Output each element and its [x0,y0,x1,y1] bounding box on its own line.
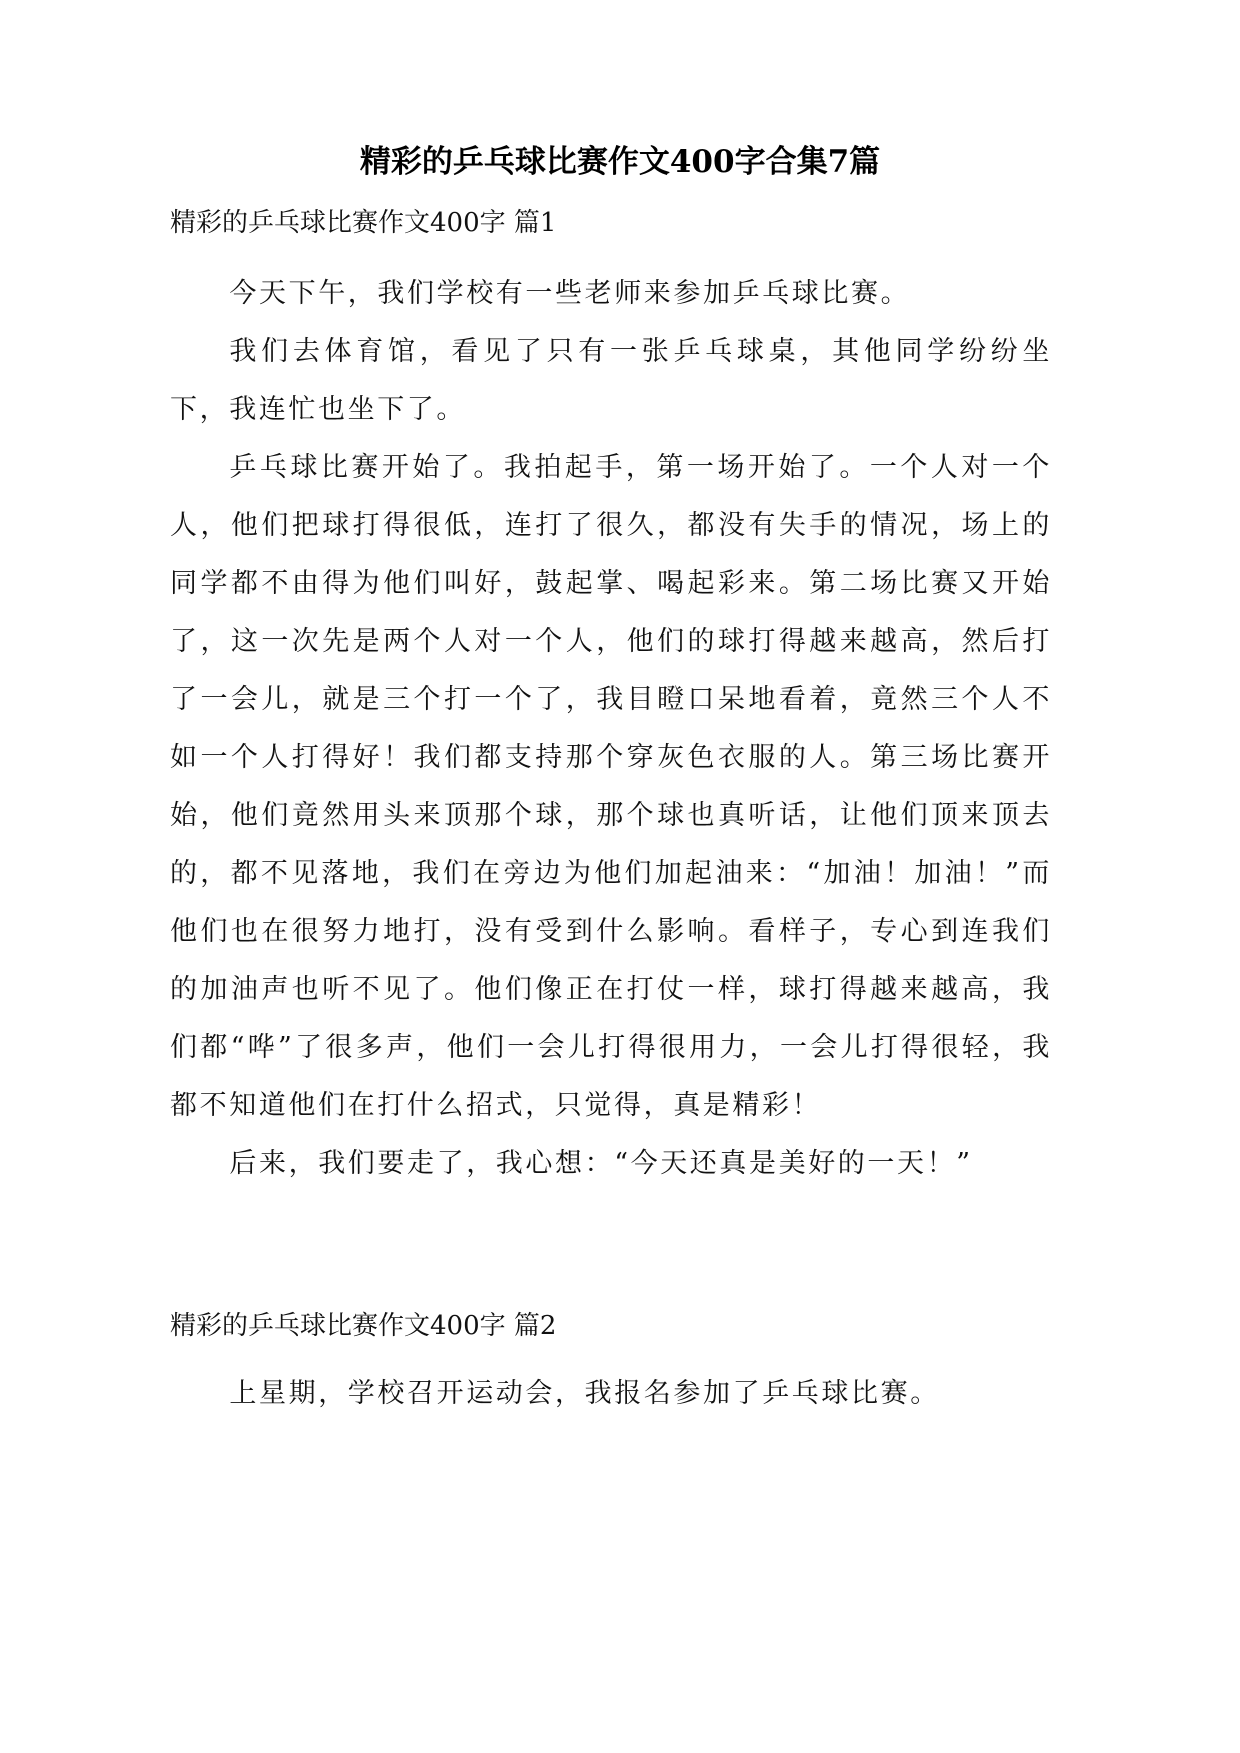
paragraph: 乒乓球比赛开始了。我拍起手，第一场开始了。一个人对一个人，他们把球打得很低，连打… [170,439,1052,1135]
paragraph: 上星期，学校召开运动会，我报名参加了乒乓球比赛。 [170,1365,1052,1423]
section-2-body: 上星期，学校召开运动会，我报名参加了乒乓球比赛。 [170,1365,1052,1423]
section-heading-1: 精彩的乒乓球比赛作文400字 篇1 [170,205,556,241]
paragraph: 后来，我们要走了，我心想：“今天还真是美好的一天！” [170,1135,1052,1193]
section-1-body: 今天下午，我们学校有一些老师来参加乒乓球比赛。 我们去体育馆，看见了只有一张乒乓… [170,265,1052,1193]
paragraph: 今天下午，我们学校有一些老师来参加乒乓球比赛。 [170,265,1052,323]
section-heading-2: 精彩的乒乓球比赛作文400字 篇2 [170,1308,556,1344]
paragraph: 我们去体育馆，看见了只有一张乒乓球桌，其他同学纷纷坐下，我连忙也坐下了。 [170,323,1052,439]
document-page: 精彩的乒乓球比赛作文400字合集7篇 精彩的乒乓球比赛作文400字 篇1 今天下… [0,0,1240,1753]
document-title: 精彩的乒乓球比赛作文400字合集7篇 [0,140,1240,184]
